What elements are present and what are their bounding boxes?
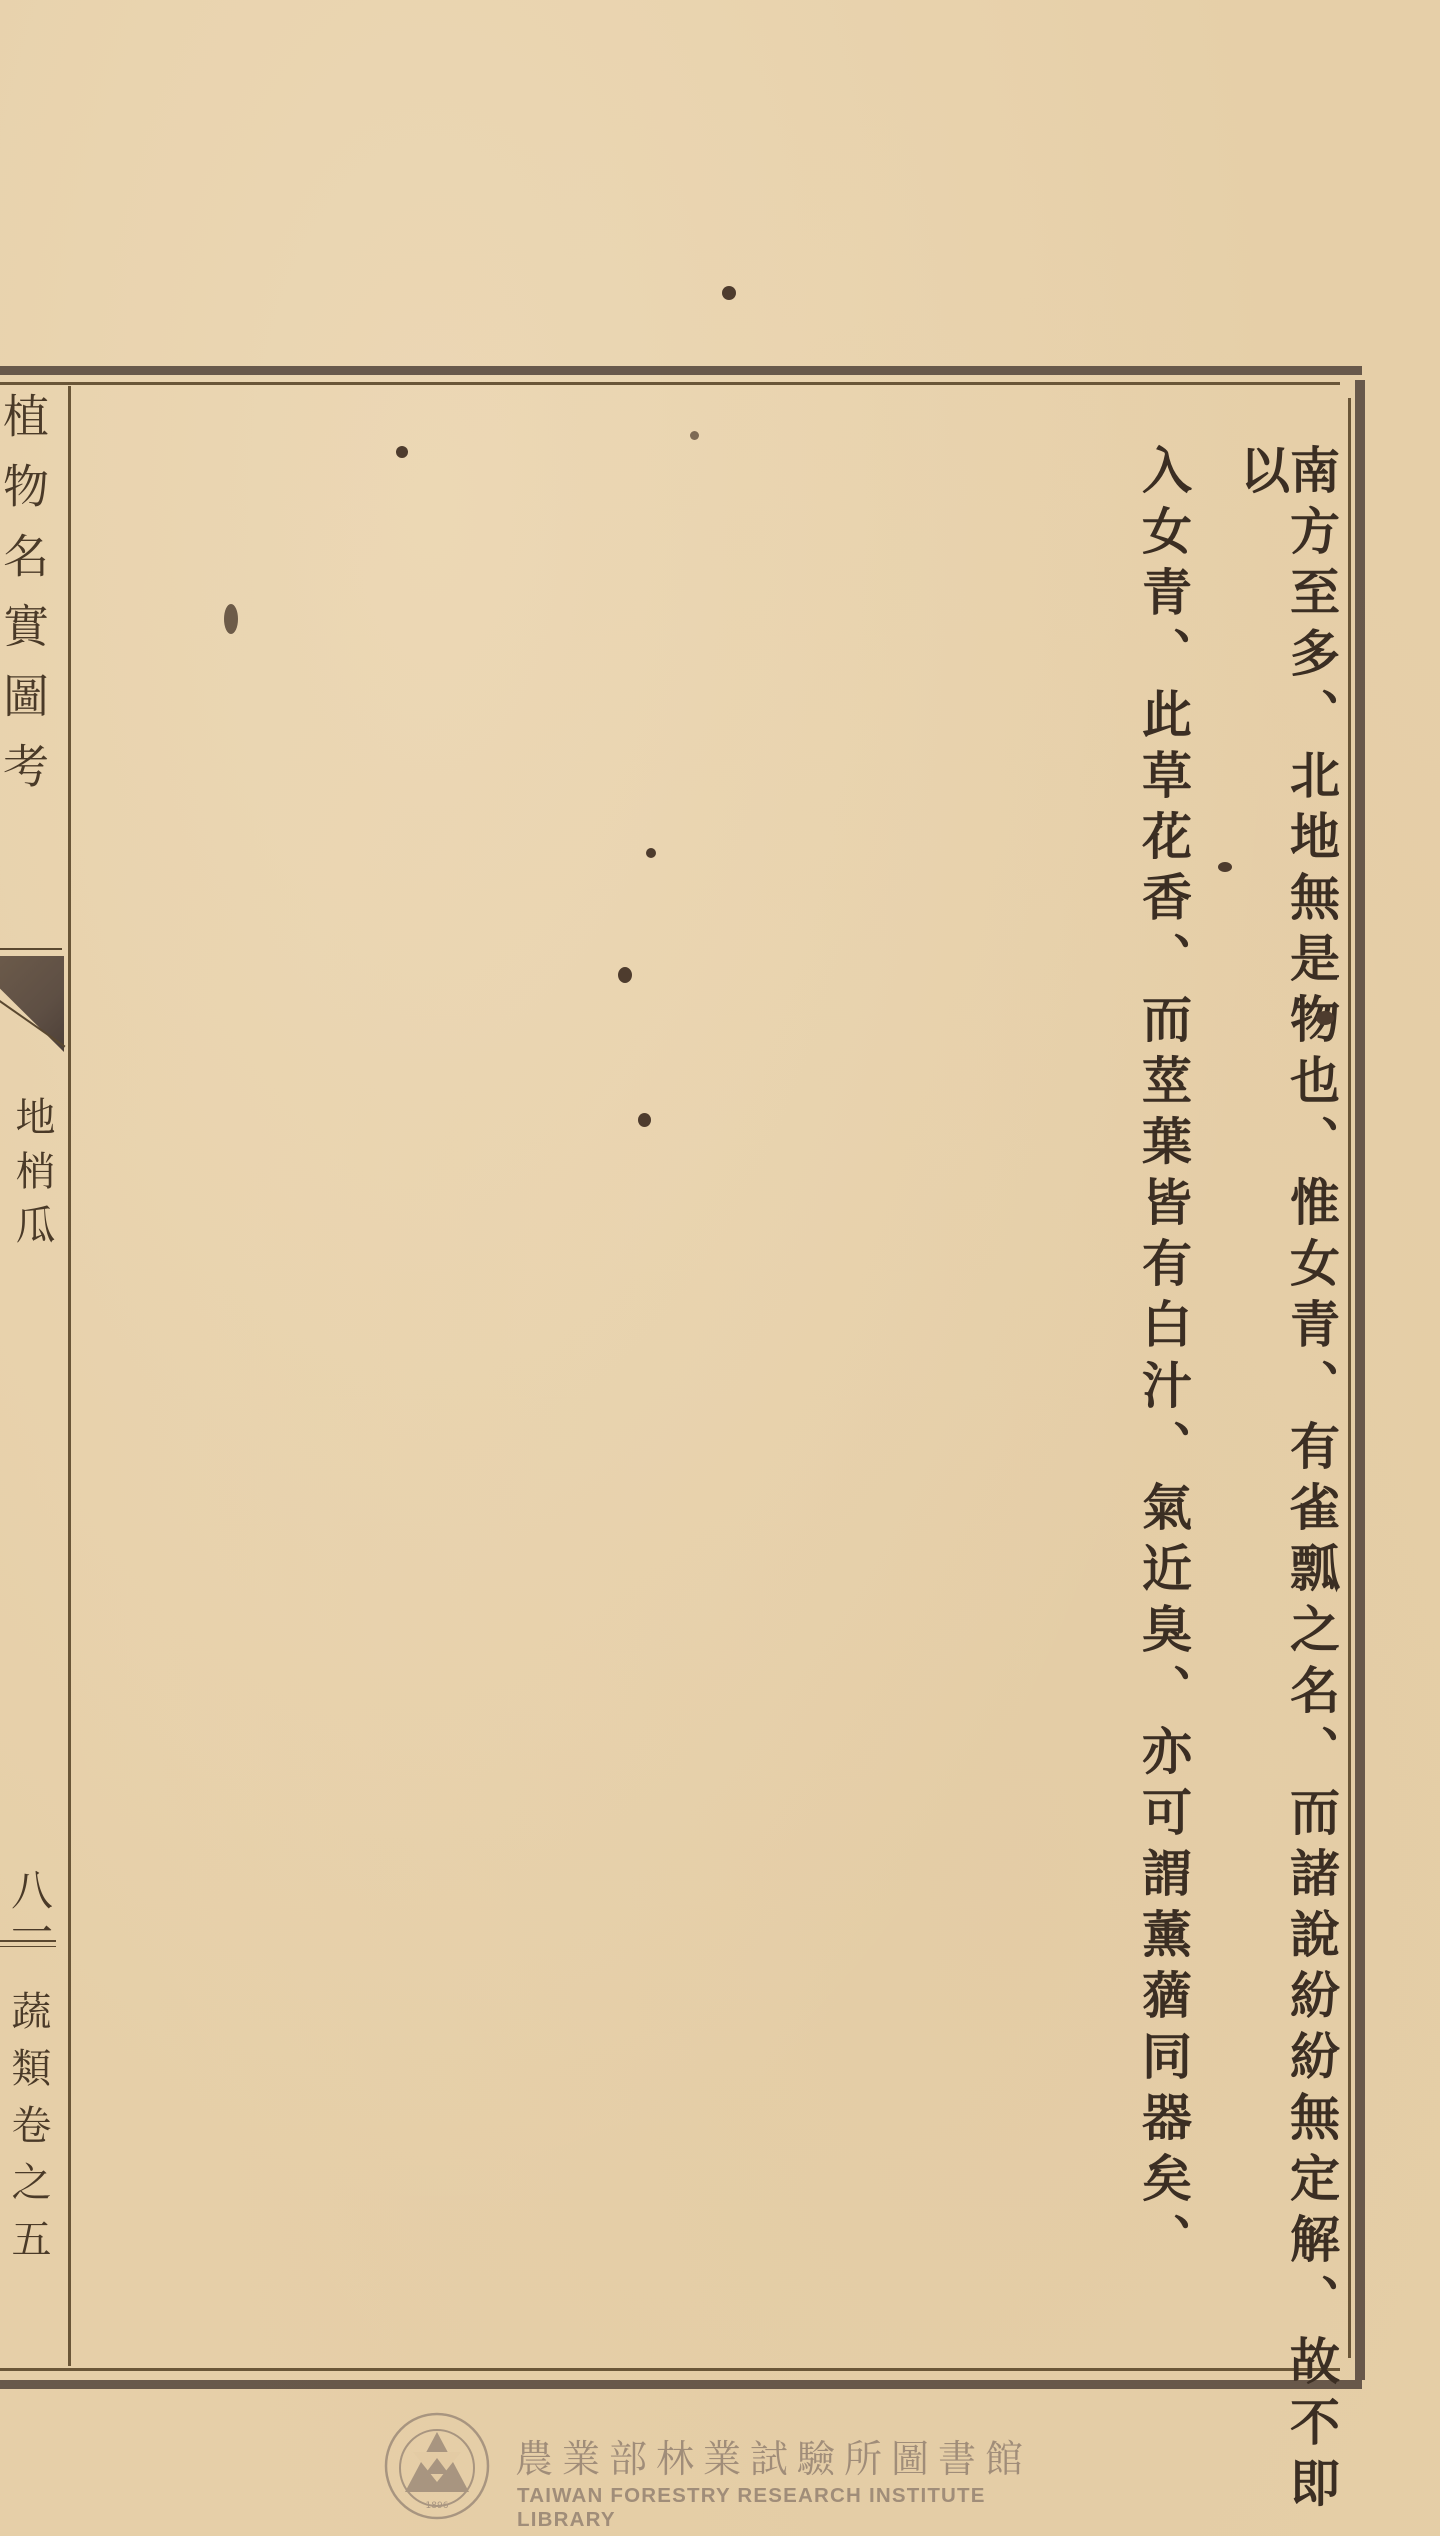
paper-speck [618,967,632,983]
library-name-chinese: 農業部林業試驗所圖書館 [515,2428,1032,2483]
paper-speck [1316,1011,1334,1025]
fold-column-divider [68,386,71,2366]
svg-text:1896: 1896 [426,2501,449,2511]
paper-speck [722,286,736,300]
paper-speck [638,1113,651,1127]
text-column-2: 入女青、此草花香、而莖葉皆有白汁、氣近臭、亦可謂薰蕕同器矣、 [1138,444,1188,2274]
section-label: 蔬類卷之五 [8,1990,48,2275]
frame-outer-bottom-border [0,2380,1362,2389]
page-number-rule [0,1940,56,1947]
entry-title: 地梢瓜 [12,1096,52,1258]
paper-speck [646,848,656,858]
scanned-book-page: 南方至多、北地無是物也、惟女青、有雀瓢之名、而諸說紛紛無定解、故不即以 入女青、… [0,0,1440,2536]
frame-inner-right-border [1348,398,1351,2358]
paper-speck [1218,862,1232,872]
library-name-english: TAIWAN FORESTRY RESEARCH INSTITUTE LIBRA… [517,2484,1083,2532]
library-logo-icon: 1896 [383,2412,491,2520]
text-column-1: 南方至多、北地無是物也、惟女青、有雀瓢之名、而諸說紛紛無定解、故不即以 [1236,444,1336,2536]
frame-outer-right-border [1355,380,1365,2380]
fish-tail-rule [0,948,62,950]
frame-inner-bottom-border [0,2368,1340,2371]
paper-speck [396,446,408,458]
paper-speck [224,604,238,634]
frame-outer-top-border [0,366,1362,375]
book-title: 植物名實圖考 [0,392,46,812]
library-watermark: 1896 農業部林業試驗所圖書館 TAIWAN FORESTRY RESEARC… [383,2412,1083,2522]
paper-speck [690,431,699,440]
frame-inner-top-border [0,382,1340,385]
